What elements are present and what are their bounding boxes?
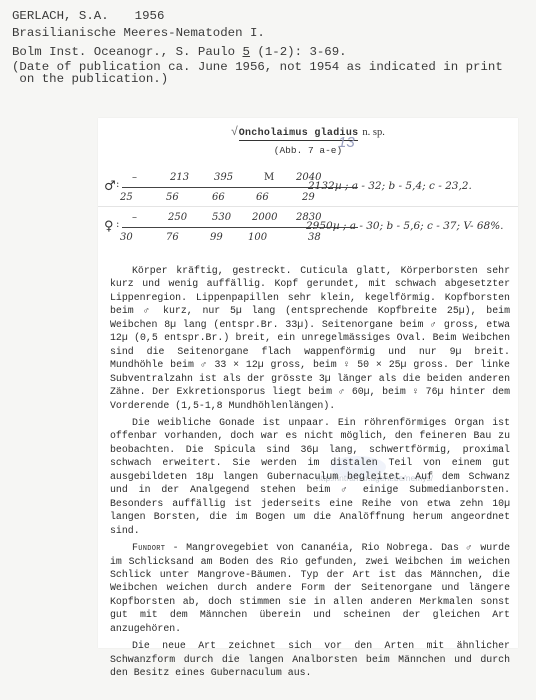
female-symbol-icon: ♀ <box>104 219 114 234</box>
author-line: GERLACH, S.A.1956 <box>12 8 532 25</box>
volume-number: 5 <box>243 45 250 59</box>
publication-year: 1956 <box>135 9 165 23</box>
handwritten-number: 13 <box>338 134 355 151</box>
species-description: Körper kräftig, gestreckt. Cuticula glat… <box>110 264 510 684</box>
check-mark-icon: √ <box>231 124 238 138</box>
date-note-line-2: on the publication.) <box>12 73 532 85</box>
male-measurements: 2132µ ; a - 32; b - 5,4; c - 23,2. <box>308 180 472 192</box>
description-paragraph-locality: Fundort - Mangrovegebiet von Cananéia, R… <box>110 541 510 635</box>
description-paragraph-diagnosis: Die neue Art zeichnet sich vor den Arten… <box>110 639 510 679</box>
description-paragraph-reproductive: Die weibliche Gonade ist unpaar. Ein röh… <box>110 416 510 537</box>
separator <box>98 206 518 207</box>
pasted-description-clipping: √Oncholaimus gladiusn. sp. (Abb. 7 a-e) … <box>98 118 518 648</box>
fundort-label: Fundort - <box>132 542 179 553</box>
species-status: n. sp. <box>362 127 384 138</box>
female-measurements: 2950µ ; a - 30; b - 5,6; c - 37; V- 68%. <box>306 220 504 232</box>
index-card-header: GERLACH, S.A.1956 Brasilianische Meeres-… <box>12 8 532 85</box>
author: GERLACH, S.A. <box>12 9 109 23</box>
citation: Bolm Inst. Oceanogr., S. Paulo 5 (1-2): … <box>12 44 532 61</box>
publication-title: Brasilianische Meeres-Nematoden I. <box>12 25 532 42</box>
description-paragraph-morphology: Körper kräftig, gestreckt. Cuticula glat… <box>110 264 510 412</box>
figure-reference: (Abb. 7 a-e) <box>98 145 518 156</box>
male-symbol-icon: ♂ <box>104 179 116 194</box>
species-heading: √Oncholaimus gladiusn. sp. (Abb. 7 a-e) <box>98 124 518 156</box>
